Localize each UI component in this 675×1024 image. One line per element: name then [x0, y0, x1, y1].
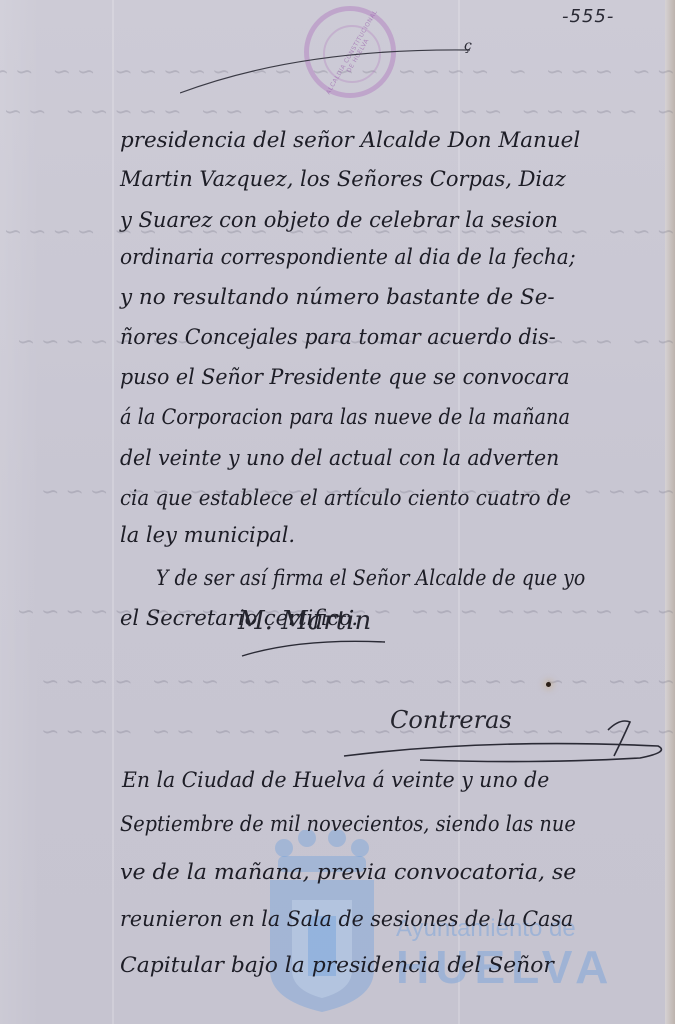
- signature-flourish: [240, 630, 390, 660]
- text-line: Martin Vazquez, los Señores Corpas, Diaz: [120, 167, 566, 191]
- text-line: y Suarez con objeto de celebrar la sesio…: [120, 208, 558, 232]
- text-line: puso el Señor Presidente que se convocar…: [120, 365, 570, 389]
- text-line: Y de ser así firma el Señor Alcalde de q…: [156, 566, 585, 590]
- text-line: En la Ciudad de Huelva á veinte y uno de: [122, 768, 549, 792]
- text-line: Capitular bajo la presidencia del Señor: [120, 953, 554, 977]
- text-line: cia que establece el artículo ciento cua…: [120, 486, 571, 510]
- text-line: Septiembre de mil novecientos, siendo la…: [120, 812, 576, 836]
- ink-spot: [546, 682, 551, 687]
- text-line: del veinte y uno del actual con la adver…: [120, 446, 559, 470]
- text-line: y no resultando número bastante de Se-: [120, 285, 555, 309]
- page-number: -555-: [562, 6, 614, 27]
- text-line: presidencia del señor Alcalde Don Manuel: [120, 128, 580, 152]
- paper-fold-line: [112, 0, 114, 1024]
- text-line: reunieron en la Sala de sesiones de la C…: [120, 907, 573, 931]
- signature-flourish: [340, 716, 675, 764]
- text-line: ordinaria correspondiente al dia de la f…: [120, 245, 576, 269]
- text-line: ve de la mañana, previa convocatoria, se: [120, 860, 576, 884]
- text-line: la ley municipal.: [120, 523, 295, 547]
- text-line: ñores Concejales para tomar acuerdo dis-: [120, 325, 556, 349]
- text-line: á la Corporacion para las nueve de la ma…: [120, 405, 570, 429]
- pen-stroke-line: [180, 38, 480, 98]
- page-edge: [665, 0, 675, 1024]
- bleed-through-text: ~ ~~~~~ ~~ ~~~ ~~~~ ~~ ~~~~~ ~~: [0, 100, 675, 125]
- marginal-mark: ç: [464, 38, 472, 54]
- bleed-through-text: ~~~ ~~ ~~~~ ~~~~~ ~~ ~~~ ~~~~: [0, 670, 675, 695]
